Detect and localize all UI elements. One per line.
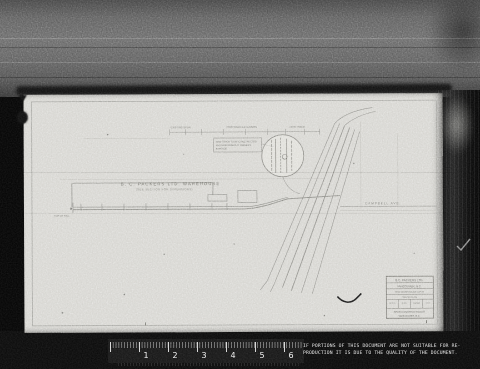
warehouse-outline (72, 182, 340, 213)
title-col1: SCALE (389, 302, 396, 305)
title-line2: TRACK PLAN (402, 296, 417, 299)
film-right-smudge (440, 95, 474, 155)
title-footer2: VANCOUVER, B.C. (398, 315, 420, 318)
film-check-mark (456, 238, 472, 257)
ruler-number: 2 (170, 351, 180, 360)
ruler-number: 4 (228, 351, 238, 360)
ruler-number: 6 (286, 351, 296, 360)
warehouse-sublabel: (SEE SECTION FOR DIMENSIONS) (136, 187, 193, 191)
dim-label-2: PROPOSED EXTENSION (227, 125, 258, 129)
scan-line (0, 213, 480, 214)
title-city: VANCOUVER, B.C. (397, 284, 422, 288)
ruler-edge-shadow (118, 363, 300, 366)
scan-line (0, 47, 480, 48)
ink-squiggle-artifact (337, 293, 361, 302)
rail-elevation-note: TOP OF RAIL (54, 215, 70, 218)
film-specks (61, 132, 415, 317)
dimension-line (170, 129, 320, 136)
title-col2: DATE (402, 302, 408, 305)
microfilm-scan: B. C. PACKERS LTD. WAREHOUSE (SEE SECTIO… (0, 0, 480, 369)
ruler-number: 1 (141, 351, 151, 360)
dim-label-1: EXISTING SPUR (171, 125, 191, 129)
ruler-number: 5 (257, 351, 267, 360)
title-company: B.C. PACKERS LTD. (395, 278, 423, 282)
svg-text:EXPENSE: EXPENSE (216, 148, 228, 151)
title-footer1: SPUR CONSTRUCTION AT (394, 311, 426, 314)
film-blob-artifact (17, 111, 28, 124)
corner-arrow-artifact (19, 95, 27, 102)
scan-line (0, 62, 480, 63)
title-col4: FILE (426, 303, 431, 305)
street-label: CAMPBELL AVE. (365, 201, 401, 205)
title-block: B.C. PACKERS LTD. VANCOUVER, B.C. NEW WA… (386, 276, 433, 318)
disclaimer-line-2: PRODUCTION IT IS DUE TO THE QUALITY OF T… (303, 351, 479, 358)
reproduction-disclaimer: IF PORTIONS OF THIS DOCUMENT ARE NOT SUI… (303, 344, 479, 357)
title-line1: NEW WAREHOUSE SPUR (395, 291, 424, 294)
detail-circle (262, 135, 304, 194)
disclaimer-line-1: IF PORTIONS OF THIS DOCUMENT ARE NOT SUI… (303, 344, 479, 351)
scan-line (0, 172, 480, 173)
title-col3: DRAWN (413, 302, 421, 305)
film-top-band (0, 0, 480, 97)
ruler-number: 3 (199, 351, 209, 360)
scan-line (0, 38, 480, 39)
photographed-ruler: 1 2 3 4 5 6 (108, 339, 304, 363)
scan-line (0, 77, 480, 78)
dim-label-3: NEW TRACK (290, 125, 306, 129)
warehouse-label: B. C. PACKERS LTD. WAREHOUSE (121, 181, 220, 186)
street-lines (340, 206, 437, 210)
